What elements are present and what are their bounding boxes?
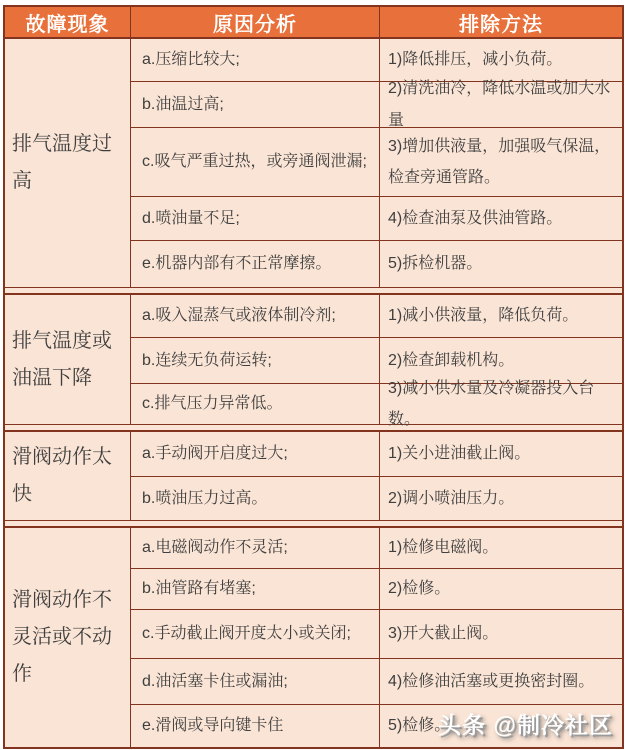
cause-cell: d.油活塞卡住或漏油; — [130, 658, 379, 704]
cause-cell: e.机器内部有不正常摩擦。 — [130, 240, 379, 287]
cause-cell: b.油管路有堵塞; — [130, 568, 379, 609]
remedy-cell: 4)检修油活塞或更换密封圈。 — [379, 658, 622, 704]
group-exhaust-temp-high: 排气温度过高 a.压缩比较大; 1)降低排压，减小负荷。 b.油温过高; 2)清… — [5, 39, 622, 287]
header-cell-phenomenon: 故障现象 — [5, 7, 130, 37]
remedy-cell: 5)拆检机器。 — [379, 240, 622, 287]
remedy-cell: 2)检修。 — [379, 568, 622, 609]
header-cell-cause: 原因分析 — [130, 7, 379, 37]
cause-cell: c.手动截止阀开度太小或关闭; — [130, 609, 379, 658]
phenomenon-cell: 排气温度过高 — [5, 39, 130, 287]
remedy-cell: 1)关小进油截止阀。 — [379, 432, 622, 476]
toutiao-watermark: 头条 @制冷社区 — [438, 707, 613, 740]
group-separator — [5, 287, 622, 295]
cause-cell: a.手动阀开启度过大; — [130, 432, 379, 476]
cause-cell: a.压缩比较大; — [130, 39, 379, 81]
phenomenon-cell: 滑阀动作太快 — [5, 432, 130, 520]
remedy-cell: 3)增加供液量，加强吸气保温，检查旁通管路。 — [379, 127, 622, 196]
remedy-cell: 1)检修电磁阀。 — [379, 528, 622, 568]
remedy-cell: 4)检查油泵及供油管路。 — [379, 196, 622, 240]
group-slide-valve-too-fast: 滑阀动作太快 a.手动阀开启度过大; 1)关小进油截止阀。 b.喷油压力过高。 … — [5, 432, 622, 520]
group-separator — [5, 520, 622, 528]
cause-cell: d.喷油量不足; — [130, 196, 379, 240]
cause-cell: e.滑阀或导向键卡住 — [130, 704, 379, 747]
group-exhaust-or-oil-temp-drop: 排气温度或油温下降 a.吸入湿蒸气或液体制冷剂; 1)减小供液量，降低负荷。 b… — [5, 295, 622, 424]
cause-cell: b.油温过高; — [130, 81, 379, 127]
cause-cell: b.喷油压力过高。 — [130, 476, 379, 520]
remedy-cell: 2)调小喷油压力。 — [379, 476, 622, 520]
fault-table: 故障现象 原因分析 排除方法 排气温度过高 a.压缩比较大; 1)降低排压，减小… — [3, 5, 624, 749]
phenomenon-cell: 滑阀动作不灵活或不动作 — [5, 528, 130, 747]
table-header-row: 故障现象 原因分析 排除方法 — [5, 7, 622, 39]
remedy-cell: 3)减小供水量及冷凝器投入台数。 — [379, 383, 622, 424]
cause-cell: c.吸气严重过热，或旁通阀泄漏; — [130, 127, 379, 196]
remedy-cell: 2)清洗油冷，降低水温或加大水量 — [379, 81, 622, 127]
cause-cell: a.吸入湿蒸气或液体制冷剂; — [130, 295, 379, 337]
page: 故障现象 原因分析 排除方法 排气温度过高 a.压缩比较大; 1)降低排压，减小… — [0, 0, 627, 750]
cause-cell: c.排气压力异常低。 — [130, 383, 379, 424]
remedy-cell: 1)减小供液量，降低负荷。 — [379, 295, 622, 337]
cause-cell: b.连续无负荷运转; — [130, 337, 379, 383]
cause-cell: a.电磁阀动作不灵活; — [130, 528, 379, 568]
phenomenon-cell: 排气温度或油温下降 — [5, 295, 130, 424]
remedy-cell: 3)开大截止阀。 — [379, 609, 622, 658]
header-cell-remedy: 排除方法 — [379, 7, 622, 37]
